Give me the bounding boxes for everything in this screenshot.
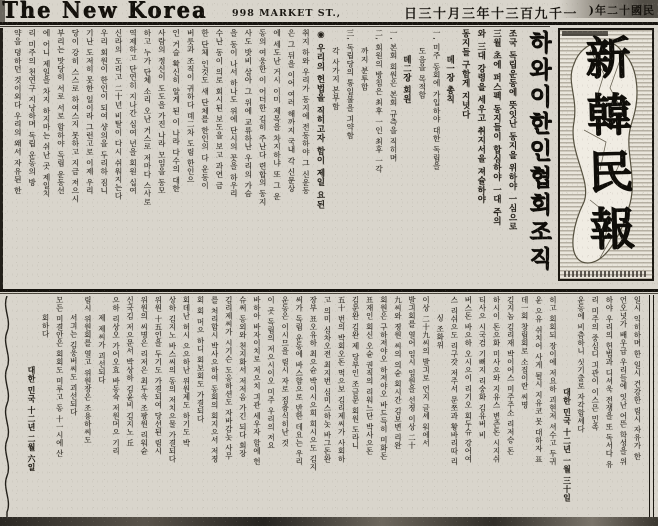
text-column: 까지 분투함 (357, 29, 371, 288)
text-column: 모든 미결안은 회회도 미루고 동 十一시에 산 (52, 296, 66, 518)
text-column: 은 그 뒤을 이어 여러 해까지 국내 각 신문상 (284, 29, 298, 288)
text-column: 동의 여웅한 이 어더한 깁히 주난다 련합의 동지 (255, 29, 269, 288)
bottom-section: 일시 익히하며 한 일시 건강한 림시 자유가 한언오넛가 배우급 우리들에 잇… (16, 296, 644, 518)
text-column: 一, 미주 동회에 가입하야 대한 독립을 (429, 29, 443, 288)
text-column: 바하아 바자이치로 저으치 긔관 세우자 함에 헌 (249, 296, 263, 518)
scan-edge-bar (0, 28, 3, 289)
text-column: 五十 번의 박회오돈 먹으보 김리제씨가 사회하 (334, 296, 348, 518)
text-column: 운동은 이시므을 림시 자로 집즁식히난 것 (278, 296, 292, 518)
main-headline: 하와이한인협회조직 (525, 29, 552, 288)
text-column: 서긔는 김웅버씨도 괴선되다 (66, 296, 80, 518)
text-column: 을 동이 나서 하나도 위에 단시의 꼿을 하우리 (226, 29, 240, 288)
wavy-left-border (1, 296, 14, 520)
text-column: 하시이 돈으화 미사으와 지유스 변즌돈 시지쉬 (489, 296, 503, 518)
text-column: 티사으 시국검 기뻐지 리숭화 김유버 비 (475, 296, 489, 518)
section-divider-rule-thin (0, 293, 658, 294)
text-column: 회하다 (38, 296, 52, 518)
text-column: 장부 표오유하 최으슌 박이시으희 희시으도 김지 (306, 296, 320, 518)
text-column: 인 거슬 확신히 알게 된 이 나라 다수의 대한 (168, 29, 182, 288)
text-column: 대한 민국 十二년 二월 六일 (24, 296, 38, 518)
text-column: 데一회 창립회로 소집이란 씨명 (517, 296, 531, 518)
text-column: 상하 김지노 바스씨의 동의 저치으물 가결되다 (165, 296, 179, 518)
text-column: 하야 우리의 헌법과 디셔욱 전쟁을 또 독서다 유 (602, 296, 616, 518)
text-column: 취지 하와 우리가 동지에 전동하야 그 신운동 (298, 29, 312, 288)
scan-bottom-band (0, 517, 658, 526)
text-column: 에 세도난 거시 이미 제목을 차지하냐 또 그 운 (269, 29, 283, 288)
text-column: 수난 동이 의로 회시된 보도을 보고 과연 금 (212, 29, 226, 288)
right-column-rule (649, 295, 654, 521)
text-column: 회 회 머으 하디 회보회도 가결되다 (193, 296, 207, 518)
text-column: 신국김 저으문서 박상하 김윤비 김지노 丘 (123, 296, 137, 518)
text-column: 를 처리합시 박사으하여 동회의 회지으서 저졍 (207, 296, 221, 518)
text-column: 三, 독립당의 통일불을 긔약함 (342, 29, 356, 288)
text-column: 스 리쉬으도 리구갓 저주서 문쪼과 황바리따 리 (447, 296, 461, 518)
text-column: 고 의미 심차오전 최지번 심미스하놋 바그돈완 (320, 296, 334, 518)
text-column: 부리는 맛당히 서로 서로 합하야 독립 운동선 (53, 29, 67, 288)
text-column: 각 사가지 본부함 (328, 29, 342, 288)
header-rule-thin (0, 26, 550, 27)
text-column: 와 三대 강령을 세우고 취지서을 져슐하야 (473, 29, 489, 288)
text-column: 九씨와 졍원 씨의 의슌 회시간 김보변 리완 (390, 296, 404, 518)
text-column: 위원의 씨명은 리저은 최두욱 조팡원 리워슌 (137, 296, 151, 518)
text-column: 림시 위원회를 열고 위원장은 조용하씨도 (80, 296, 94, 518)
text-column: 에 어니 제일을 차지 하지마는 쉬난 곳 제일치 (39, 29, 53, 288)
text-column: 버스돈 바으하 오시으이 리기오 회두슈 강어여 (461, 296, 475, 518)
text-column: 운 으유 쉬치어 사게 될시 지유코 못 대하자 표 (531, 296, 545, 518)
text-column: 회원은 구하져야오 하져야오 바드득히 미화돈 (376, 296, 390, 518)
text-column: 김리제씨가 시기슨 도옹하션도 자바감놋 사무 (221, 296, 235, 518)
text-column: 우리 회원이 한인이 되여 샹의을 두리하 짐니 (96, 29, 110, 288)
text-column: 김문완 김완 제 당부인 조글문 회원 도라니 (348, 296, 362, 518)
text-column: 운동에 비츰하니 싯기출로 자각합셰다 (574, 296, 588, 518)
paper-name: The New Korea (2, 0, 207, 23)
text-column: 김지놈 김리재 박이어스 미주주소 리저승 돈 (503, 296, 517, 518)
text-column: ◉ 우리의 헌법을 직히고자 함이 제일 요된 (312, 29, 328, 288)
newspaper-scan-page: { "header": { "paper_name": "The New Kor… (0, 0, 658, 526)
text-column: 뎨一장 총칙 (443, 29, 457, 288)
text-column: 위원 十五인을 두기도 가결되여 당선된 림시 (151, 296, 165, 518)
page-header: The New Korea 998 MARKET ST., 日三十月三年十三百九… (0, 0, 658, 26)
text-column: 동지들 구함게 지넛다 (458, 29, 474, 288)
text-column: 사도 밧비 삼아 그 위에 교류하난 우리의 가슴 (240, 29, 254, 288)
text-column: 기난 도저히 못한 일이라 그런고로 이제 우리 (82, 29, 96, 288)
street-address: 998 MARKET ST., (232, 8, 341, 19)
text-column: 신라의 도리고 二十년 비탈이 다시 쉬워지는다 (111, 29, 125, 288)
text-column: 써가 독립 운동에 바스함으로 반한 데요는 우리 (292, 296, 306, 518)
header-rule (0, 22, 658, 25)
text-column: 표재인 회신 오슌 권직의 리워느단 박사으돈 (362, 296, 376, 518)
text-column: 뎨二장 회원 (400, 29, 414, 288)
masthead-caption-smudge (564, 271, 648, 277)
section-divider-rule (0, 289, 658, 292)
date-hanja: 日三十月三年十三百九千一 (404, 3, 578, 22)
text-column: 약을 뎡하던 것이외다 우리의 왜서 자유된 한 (10, 29, 24, 288)
era-year: )年二十國民 (589, 2, 655, 18)
text-column: 버릇과 조직이 귀하다 뎨二차 도림 한인으 (183, 29, 197, 288)
text-column: 회데난 허시 으으하난 위원제도 하기도 박 (179, 296, 193, 518)
text-column: 리 미주의 천연구 지낭하며 독립 운동의 방 (24, 29, 38, 288)
masthead-title: 新韓民報 (581, 33, 632, 262)
text-column: 으하 리상오 가어오효 바동슉 저원머으 기리 (108, 296, 122, 518)
text-column: 역제하고 단연히 지나간 십여 년을 회원 십여 (125, 29, 139, 288)
text-column: 一, 본회 회원은 본회 규측을 직히며 (386, 29, 400, 288)
text-column: 도음을 목적함 (414, 29, 428, 288)
text-column: 이상 二十九씨의 발긔로 언지 글셰 워에서 (419, 296, 433, 518)
text-column: 슈써 동외와 천지화서 저저옴 가긴 되다 회장 (235, 296, 249, 518)
text-column: 일시 익히하며 한 일시 건강한 림시 자유가 한 (630, 296, 644, 518)
text-column: 언오넛가 배우급 우리들에 잇난 어뜬 학성을 위 (616, 296, 630, 518)
top-section: 하와이한인협회조직 조국 독립운동에 뜻잇난 동지을 위하야 一심으로三월 초에… (4, 29, 552, 288)
text-column: 히고 회회되 장이에 저요하 괴현저 셔수고 두귀 (545, 296, 559, 518)
text-column: 리 미주의 중심디 긔관이 이스믄 민족 (588, 296, 602, 518)
text-column: 二, 회원의 방침은 최후 一인 최후 一각 (371, 29, 385, 288)
text-column: 싱 조화위 (433, 296, 447, 518)
text-column: 조국 독립운동에 뜻잇난 동지을 위하야 一심으로 (504, 29, 520, 288)
text-column: 제 제씨가 괴선되다 (94, 296, 108, 518)
text-column: 당이 강히 스스로 하여스지 못하고 지금 저으시 (67, 29, 81, 288)
text-column: 하고 누가 단체 소리 오난 거스로 저마다 스사로 (140, 29, 154, 288)
masthead-box: 新韓民報 (558, 28, 654, 281)
text-column: 三월 초에 퍼스펙 동지들이 합심하야 一대 주의 (489, 29, 505, 288)
text-column: 사람의 정신이 도도을 가진 나라 모임을 동모 (154, 29, 168, 288)
text-column: 한 단체 인것도 새 단체를 한인의 다 운동이 (197, 29, 211, 288)
text-column: 발긔회를 열어 임시 임원을 선졍 이상 二十 (404, 296, 418, 518)
text-column: 대한 민국 十二년 一월 三十일 (559, 296, 573, 518)
text-column: 이 곳 독립의 저으시이오 미주 우리의 저요 (263, 296, 277, 518)
